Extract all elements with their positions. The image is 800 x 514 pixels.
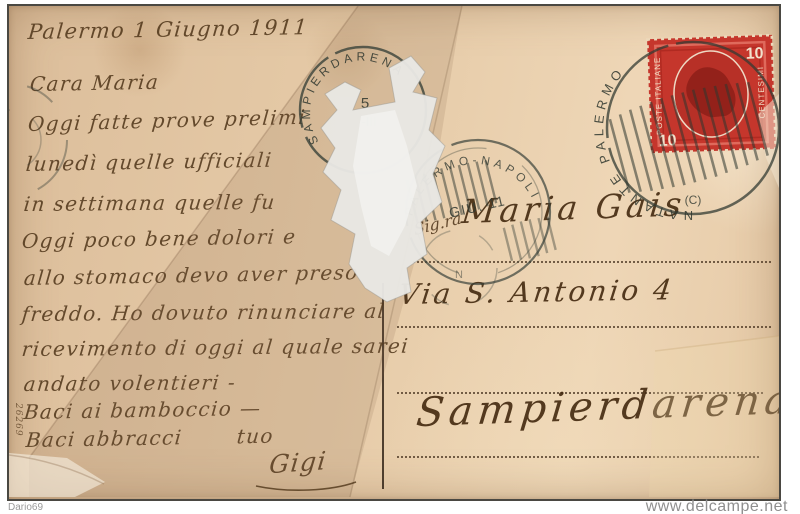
postmark-arrival-arc-text: SAMPIERDARENA: [299, 50, 408, 147]
postmark-arrival: SAMPIERDARENA 5 -III: [299, 47, 426, 173]
stamp-right-text: CENTESIMI: [756, 66, 767, 119]
postage-stamp: 10 10 POSTE ITALIANE CENTESIMI: [646, 34, 777, 154]
message-line: Oggi poco bene dolori e: [21, 224, 298, 253]
site-watermark: www.delcampe.net: [646, 498, 788, 514]
message-line: lunedì quelle ufficiali: [25, 148, 274, 176]
tape-residue-edge: [655, 336, 779, 351]
message-signature: Gigi: [268, 446, 329, 479]
address-line-rule-1: [413, 261, 771, 263]
address-line-rule-2: [397, 326, 771, 328]
address-street: Via S. Antonio 4: [397, 273, 676, 311]
postmark-natante-bottom-text: (C): [685, 193, 702, 207]
postcard: Palermo 1 Giugno 1911 Cara Maria Oggi fa…: [7, 4, 781, 501]
address-line-rule-4: [397, 456, 759, 458]
torn-paper-patch-highlight: [353, 110, 417, 256]
corner-fold-crease: [9, 455, 104, 484]
stamp-art: 10 10 POSTE ITALIANE CENTESIMI: [646, 34, 777, 154]
seller-credit: Dario69: [8, 502, 43, 513]
signature-flourish: [256, 482, 356, 490]
postmark-arrival-day: 5: [361, 95, 369, 112]
message-line: Oggi fatte prove prelimi: [27, 105, 307, 136]
message-line: Baci ai bamboccio —: [23, 396, 263, 424]
message-line: freddo. Ho dovuto rinunciare al: [21, 299, 387, 326]
address-city: Sampierdarena: [414, 377, 781, 436]
message-line: andato volentieri -: [23, 370, 238, 396]
message-line: ricevimento di oggi al quale sarei: [21, 334, 411, 361]
margin-number: 26269: [13, 403, 23, 437]
corner-fold: [9, 453, 105, 497]
address-honorific: Sig.ra: [413, 208, 462, 239]
postmark-arrival-month: -III: [361, 114, 376, 129]
address-name: Maria Gais: [460, 184, 687, 231]
postmark-left-fragment: [9, 84, 67, 196]
stamp-value-top-right: 10: [745, 45, 763, 63]
postmark-arrival-ring: [300, 47, 426, 173]
message-date-line: Palermo 1 Giugno 1911: [27, 15, 309, 44]
message-line: Cara Maria: [29, 70, 160, 96]
message-line: Baci abbracci tuo: [25, 424, 275, 452]
postcard-scan: Palermo 1 Giugno 1911 Cara Maria Oggi fa…: [0, 0, 800, 514]
message-line: in settimana quelle fu: [23, 190, 277, 216]
svg-text:SAMPIERDARENA: SAMPIERDARENA: [299, 50, 408, 147]
message-line: allo stomaco devo aver preso: [23, 260, 360, 290]
